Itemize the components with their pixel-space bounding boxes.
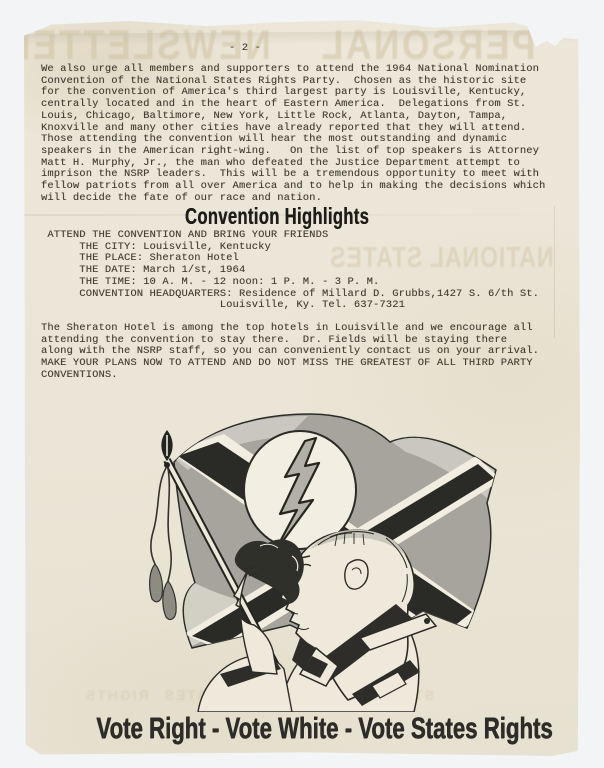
convention-highlights-heading: Convention Highlights bbox=[95, 203, 459, 229]
convention-details: ATTEND THE CONVENTION AND BRING YOUR FRI… bbox=[41, 230, 539, 312]
intro-paragraph: We also urge all members and supporters … bbox=[41, 64, 545, 204]
page-number: - 2 - bbox=[215, 43, 275, 55]
tassels bbox=[150, 468, 177, 619]
newsletter-page: PERSONAL NEWSLETTER NATIONAL STATES STAY… bbox=[24, 18, 580, 756]
paper-fold-line bbox=[554, 206, 555, 338]
scanned-page-background: PERSONAL NEWSLETTER NATIONAL STATES STAY… bbox=[0, 0, 604, 768]
bottom-slogan: Vote Right - Vote White - Vote States Ri… bbox=[96, 712, 507, 746]
flag-illustration bbox=[140, 406, 510, 712]
paper-crease bbox=[24, 30, 580, 46]
hotel-paragraph: The Sheraton Hotel is among the top hote… bbox=[41, 323, 539, 382]
